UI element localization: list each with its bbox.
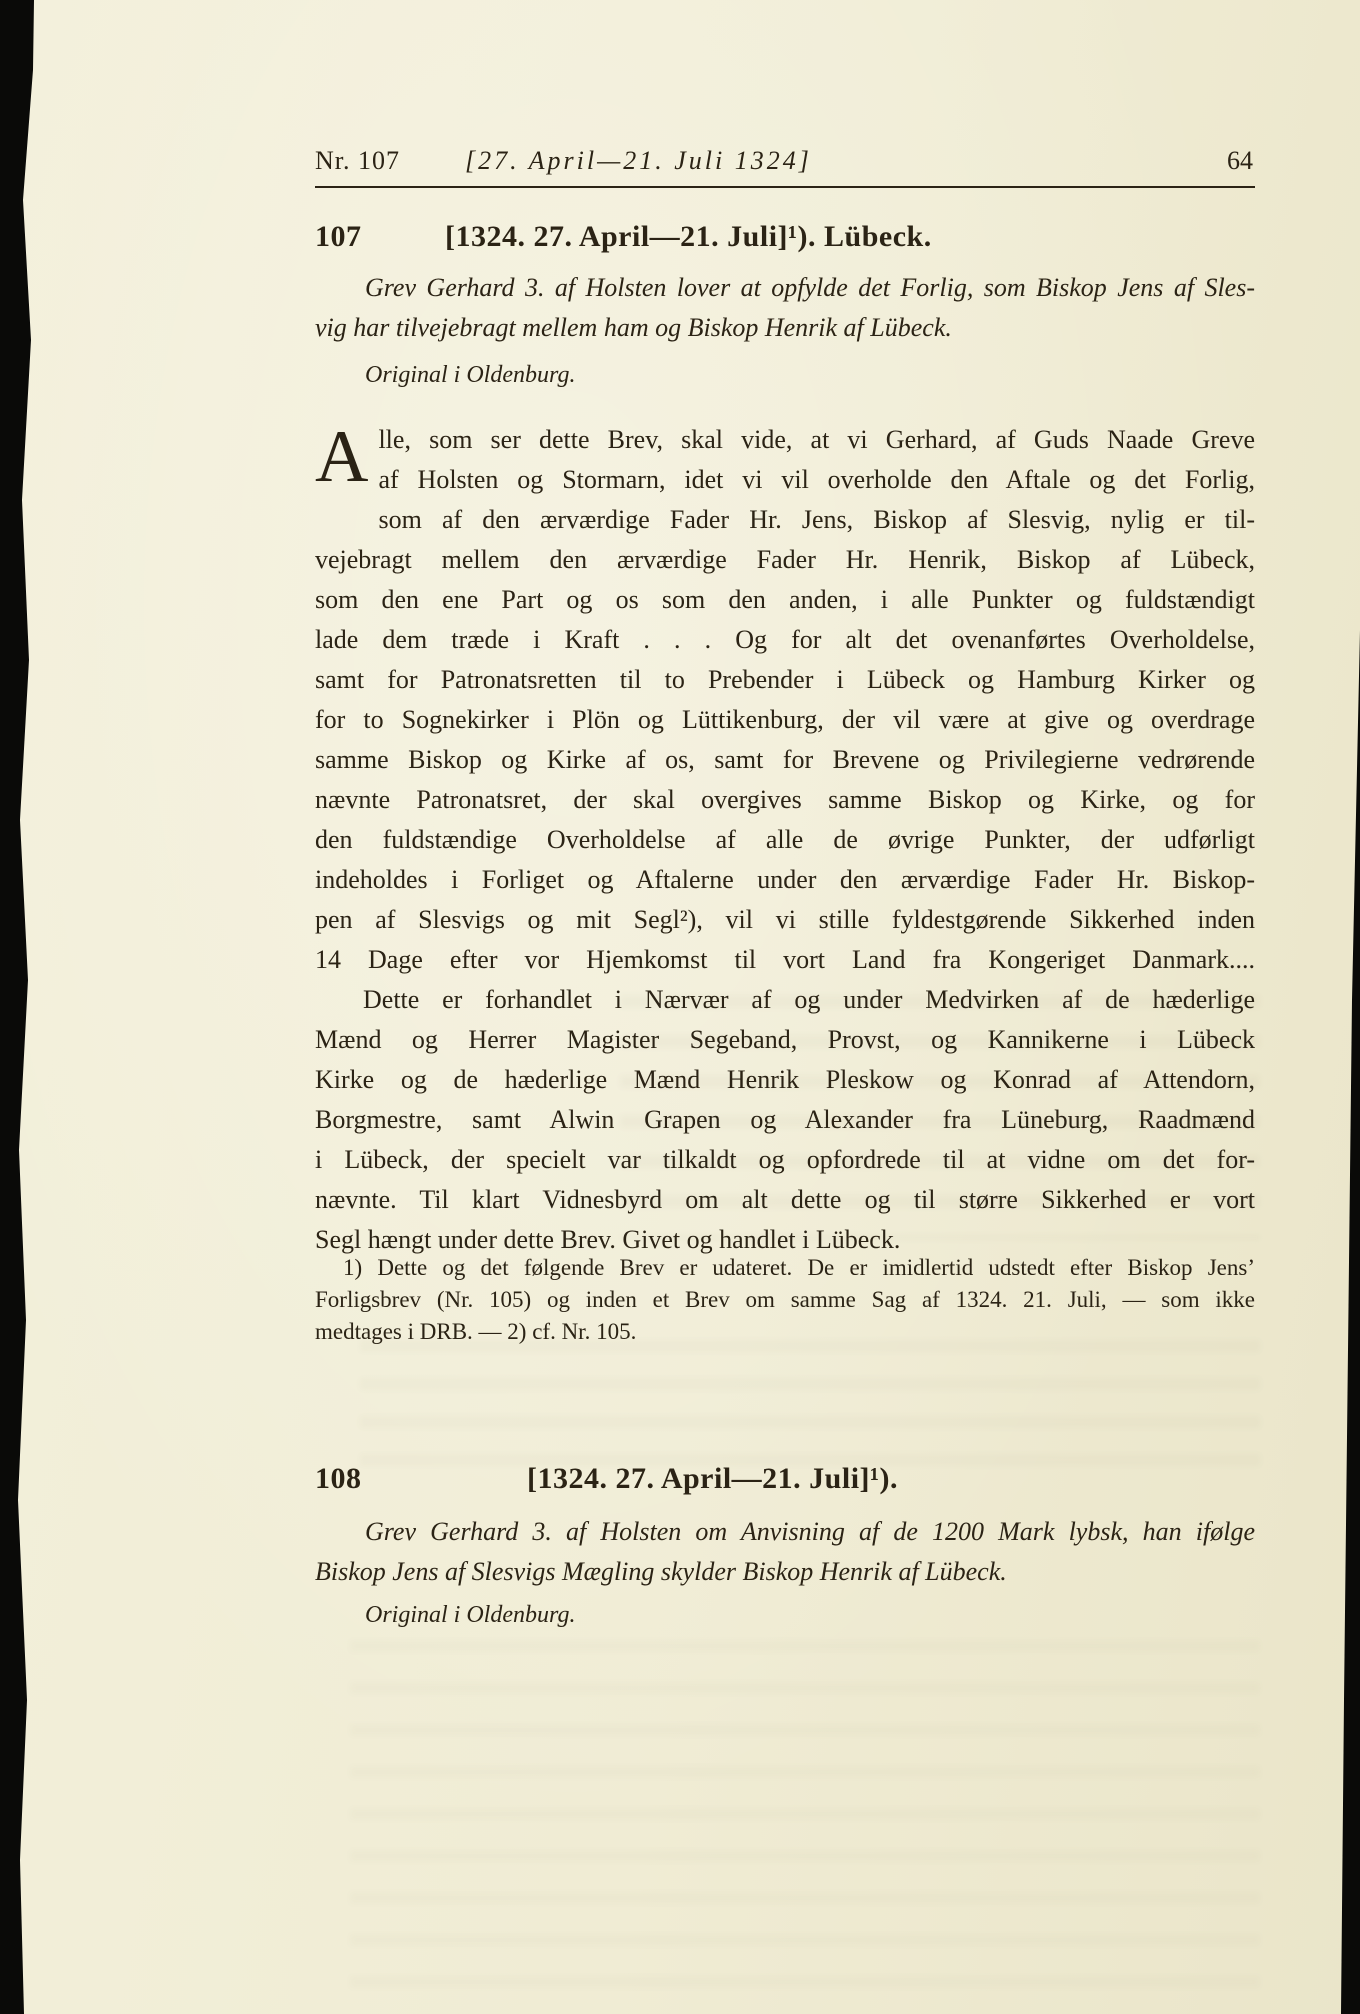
document-108-source-note: Original i Oldenburg.: [315, 1602, 1255, 1629]
body-line: som den ene Part og os som den anden, i …: [315, 580, 1255, 620]
document-108-number: 108: [315, 1462, 362, 1496]
summary-line: Biskop Jens af Slesvigs Mægling skylder …: [315, 1552, 1255, 1592]
document-108-summary: Grev Gerhard 3. af Holsten om Anvisning …: [315, 1512, 1255, 1592]
document-107-body: A lle, som ser dette Brev, skal vide, at…: [315, 420, 1255, 1260]
summary-line: Grev Gerhard 3. af Holsten om Anvisning …: [315, 1512, 1255, 1552]
footnote-line: 1) Dette og det følgende Brev er udatere…: [315, 1252, 1255, 1284]
document-107-footnotes: 1) Dette og det følgende Brev er udatere…: [315, 1252, 1255, 1348]
page-number: 64: [1227, 146, 1253, 176]
body-line: samt for Patronatsretten til to Prebende…: [315, 660, 1255, 700]
body-line: den fuldstændige Overholdelse af alle de…: [315, 820, 1255, 860]
running-head: Nr. 107 [27. April—21. Juli 1324] 64: [315, 146, 1255, 178]
paper-sheet: Nr. 107 [27. April—21. Juli 1324] 64 107…: [0, 0, 1360, 2014]
footnote-line: medtages i DRB. — 2) cf. Nr. 105.: [315, 1316, 1255, 1348]
body-line: lade dem træde i Kraft . . . Og for alt …: [315, 620, 1255, 660]
document-107-date-heading: [1324. 27. April—21. Juli]¹). Lübeck.: [445, 220, 932, 254]
summary-line: vig har tilvejebragt mellem ham og Bisko…: [315, 308, 1255, 348]
document-107-summary: Grev Gerhard 3. af Holsten lover at opfy…: [315, 268, 1255, 348]
body-line: i Lübeck, der specielt var tilkaldt og o…: [315, 1140, 1255, 1180]
drop-cap: A: [315, 420, 378, 504]
body-line: nævnte Patronatsret, der skal overgives …: [315, 780, 1255, 820]
body-line: Mænd og Herrer Magister Segeband, Provst…: [315, 1020, 1255, 1060]
running-head-document-number: Nr. 107: [315, 146, 400, 176]
document-107-number: 107: [315, 220, 362, 254]
body-line: som af den ærværdige Fader Hr. Jens, Bis…: [315, 500, 1255, 540]
scanned-book-page: { "colors": { "paper": "#f0ecd4", "ink":…: [0, 0, 1360, 2014]
summary-line: Grev Gerhard 3. af Holsten lover at opfy…: [315, 268, 1255, 308]
bleedthrough-texture: [360, 1340, 1260, 1480]
bleedthrough-texture: [350, 1640, 1260, 1990]
body-line: Kirke og de hæderlige Mænd Henrik Plesko…: [315, 1060, 1255, 1100]
document-107-heading: 107 [1324. 27. April—21. Juli]¹). Lübeck…: [315, 220, 1255, 256]
body-line: indeholdes i Forliget og Aftalerne under…: [315, 860, 1255, 900]
footnote-line: Forligsbrev (Nr. 105) og inden et Brev o…: [315, 1284, 1255, 1316]
body-line: vejebragt mellem den ærværdige Fader Hr.…: [315, 540, 1255, 580]
body-line: samme Biskop og Kirke af os, samt for Br…: [315, 740, 1255, 780]
document-107-source-note: Original i Oldenburg.: [315, 362, 1255, 389]
document-108-date-heading: [1324. 27. April—21. Juli]¹).: [527, 1462, 898, 1496]
body-line: Borgmestre, samt Alwin Grapen og Alexand…: [315, 1100, 1255, 1140]
body-line: lle, som ser dette Brev, skal vide, at v…: [315, 420, 1255, 460]
document-108-heading: 108 [1324. 27. April—21. Juli]¹).: [315, 1462, 1255, 1498]
running-head-date-range: [27. April—21. Juli 1324]: [465, 146, 812, 176]
body-line: nævnte. Til klart Vidnesbyrd om alt dett…: [315, 1180, 1255, 1220]
body-line: 14 Dage efter vor Hjemkomst til vort Lan…: [315, 940, 1255, 980]
body-line: for to Sognekirker i Plön og Lüttikenbur…: [315, 700, 1255, 740]
body-line: af Holsten og Stormarn, idet vi vil over…: [315, 460, 1255, 500]
body-line: Dette er forhandlet i Nærvær af og under…: [315, 980, 1255, 1020]
header-rule: [315, 186, 1255, 188]
body-line: pen af Slesvigs og mit Segl²), vil vi st…: [315, 900, 1255, 940]
